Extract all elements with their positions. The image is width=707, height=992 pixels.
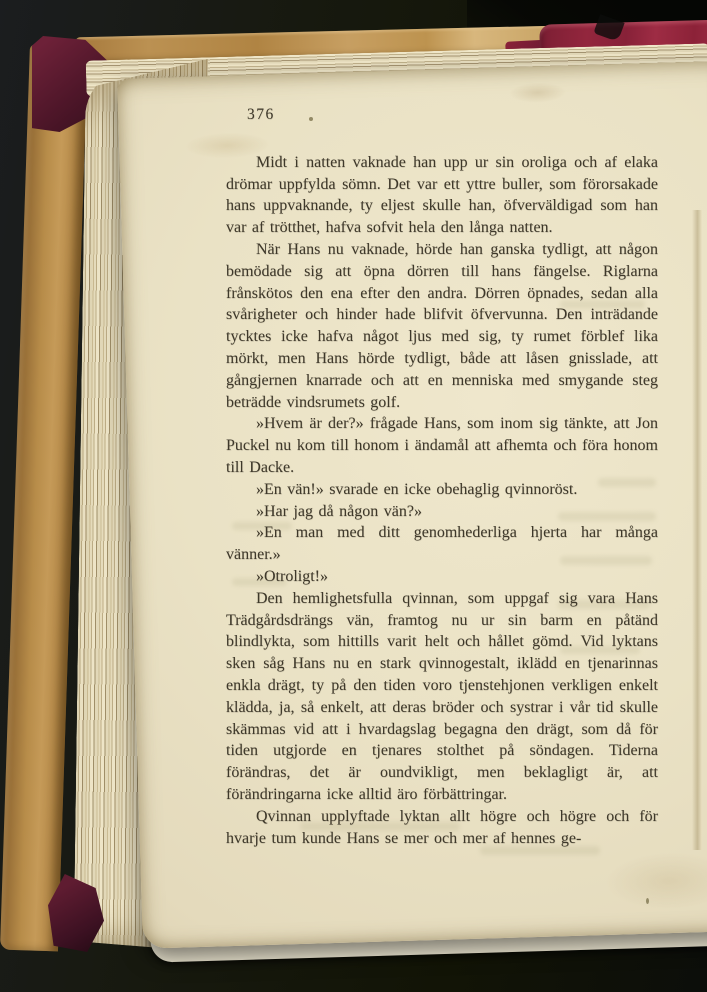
paragraph: Den hemlighetsfulla qvinnan, som uppgaf … xyxy=(226,588,658,806)
paragraph: Midt i natten vaknade han upp ur sin oro… xyxy=(226,152,658,239)
book-cover-left-edge xyxy=(0,44,88,951)
paragraph: När Hans nu vaknade, hörde han ganska ty… xyxy=(226,239,658,413)
page-number: 376 xyxy=(247,104,658,126)
paragraph: Qvinnan upplyftade lyktan allt högre och… xyxy=(226,806,658,850)
paragraph: »Otroligt!» xyxy=(226,566,658,588)
paragraph: »En man med ditt genomhederliga hjerta h… xyxy=(226,522,658,566)
page-crease-line xyxy=(692,210,702,850)
ink-speck xyxy=(646,898,649,904)
paragraph: »Hvem är der?» frågade Hans, som inom si… xyxy=(226,413,658,478)
book-photo: 376 Midt i natten vaknade han upp ur sin… xyxy=(0,0,707,992)
paragraph: »En vän!» svarade en icke obehaglig qvin… xyxy=(226,479,658,501)
printed-text-block: 376 Midt i natten vaknade han upp ur sin… xyxy=(226,104,658,849)
paragraph: »Har jag då någon vän?» xyxy=(226,501,658,523)
